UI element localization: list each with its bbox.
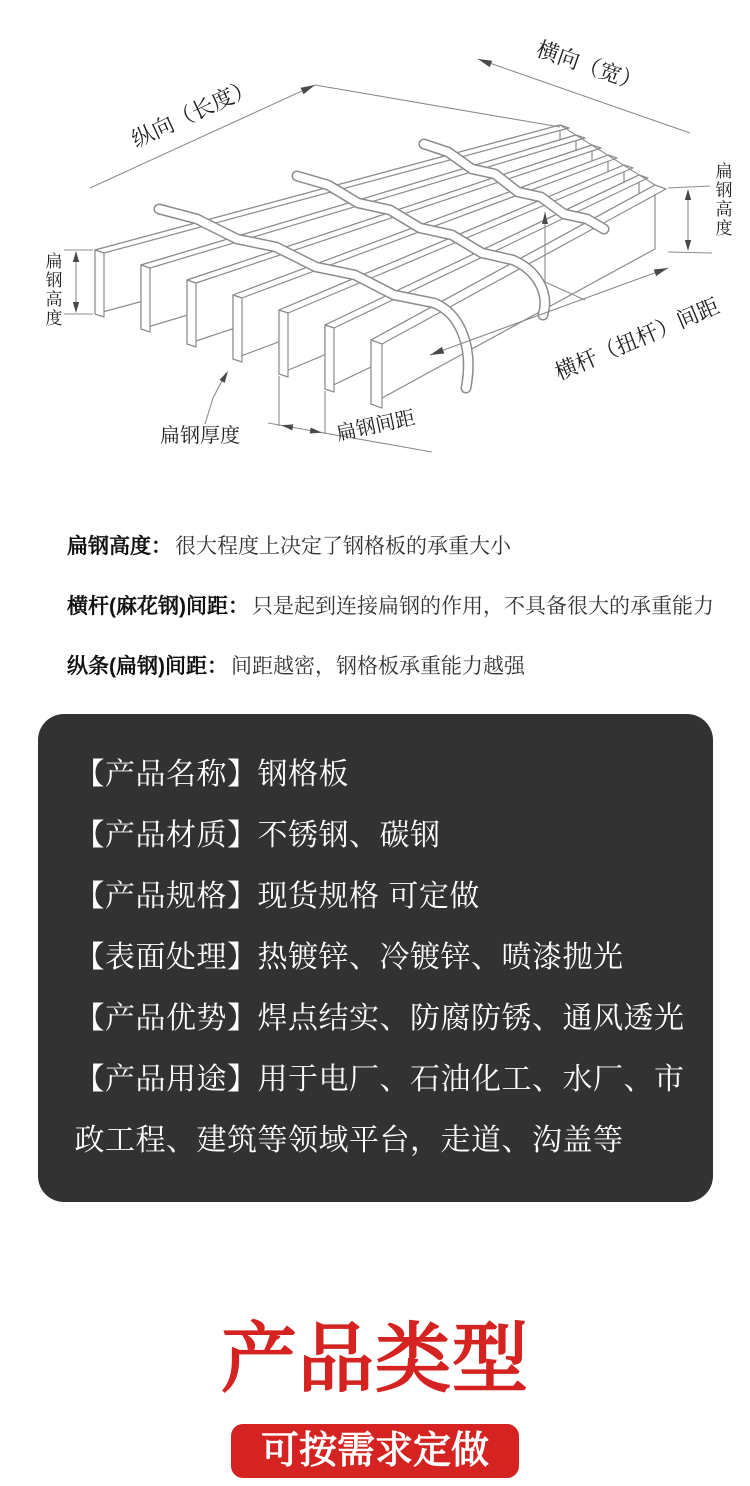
bar-front-face — [233, 295, 242, 362]
bar-front-face — [371, 340, 382, 408]
feature-line: 横杆(麻花钢)间距：只是起到连接扁钢的作用，不具备很大的承重能力 — [67, 594, 750, 620]
flat-steel-height-left-label: 扁钢高度 — [43, 252, 63, 328]
bar-front-face — [279, 310, 288, 377]
info-label: 【产品规格】 — [75, 880, 258, 913]
info-label: 【产品名称】 — [75, 758, 258, 791]
feature-line: 纵条(扁钢)间距：间距越密，钢格板承重能力越强 — [67, 654, 750, 680]
info-label: 【产品优势】 — [75, 1002, 258, 1035]
dim-flat-steel-height-right: 扁钢高度 — [668, 162, 732, 253]
width-label: 横向（宽） — [533, 36, 645, 95]
info-value: 现货规格 可定做 — [258, 880, 480, 913]
feature-label: 横杆(麻花钢)间距： — [67, 595, 249, 618]
product-info-line: 【产品名称】钢格板 — [75, 744, 687, 805]
arrowhead-icon — [685, 240, 691, 251]
dim-flat-steel-height-left: 扁钢高度 — [43, 250, 94, 328]
arrowhead-icon — [281, 424, 293, 430]
customize-badge: 可按需求定做 — [231, 1424, 519, 1478]
info-value: 不锈钢、碳钢 — [258, 819, 441, 852]
product-info-card: 【产品名称】钢格板 【产品材质】不锈钢、碳钢 【产品规格】现货规格 可定做 【表… — [38, 714, 713, 1202]
extension-line — [315, 85, 560, 127]
arrowhead-icon — [73, 251, 79, 262]
crossbar-spacing-label: 横杆（扭杆）间距 — [551, 293, 723, 385]
product-info-line: 【产品用途】用于电厂、石油化工、水厂、市政工程、建筑等领域平台，走道、沟盖等 — [75, 1049, 687, 1171]
arrowhead-icon — [220, 371, 229, 383]
product-info-line: 【表面处理】热镀锌、冷镀锌、喷漆抛光 — [75, 927, 687, 988]
arrowhead-icon — [310, 428, 322, 434]
bar-front-face — [95, 250, 104, 317]
grating-diagram: 纵向（长度） 横向（宽） 扁钢高度 扁钢高度 — [0, 0, 750, 505]
arrowhead-icon — [73, 302, 79, 313]
bar-front-face — [325, 325, 334, 392]
feature-line: 扁钢高度：很大程度上决定了钢格板的承重大小 — [67, 534, 750, 560]
feature-text: 很大程度上决定了钢格板的承重大小 — [175, 535, 511, 558]
feature-label: 扁钢高度： — [67, 535, 172, 558]
feature-text: 间距越密，钢格板承重能力越强 — [231, 655, 525, 678]
info-label: 【产品材质】 — [75, 819, 258, 852]
info-value: 热镀锌、冷镀锌、喷漆抛光 — [258, 941, 624, 974]
arrowhead-icon — [301, 85, 316, 94]
info-value: 焊点结实、防腐防锈、通风透光 — [258, 1002, 685, 1035]
arrowhead-icon — [654, 268, 668, 276]
arrowhead-icon — [478, 59, 492, 67]
flat-steel-thickness-label: 扁钢厚度 — [160, 424, 240, 447]
bar-front-face — [141, 265, 150, 332]
flat-steel-spacing-label: 扁钢间距 — [334, 406, 417, 445]
section-title: 产品类型 — [0, 1322, 750, 1398]
tick — [668, 252, 712, 253]
feature-notes: 扁钢高度：很大程度上决定了钢格板的承重大小 横杆(麻花钢)间距：只是起到连接扁钢… — [67, 534, 750, 680]
customize-badge-label: 可按需求定做 — [261, 1430, 489, 1472]
arrowhead-icon — [685, 189, 691, 200]
product-detail-page: 纵向（长度） 横向（宽） 扁钢高度 扁钢高度 — [0, 0, 750, 1486]
dim-flat-steel-spacing: 扁钢间距 — [268, 376, 432, 452]
info-label: 【产品用途】 — [75, 1063, 258, 1096]
dim-flat-steel-thickness: 扁钢厚度 — [160, 371, 240, 447]
feature-text: 只是起到连接扁钢的作用，不具备很大的承重能力 — [252, 595, 714, 618]
flat-steel-height-right-label: 扁钢高度 — [713, 162, 733, 238]
feature-label: 纵条(扁钢)间距： — [67, 655, 228, 678]
bar-front-face — [187, 280, 196, 347]
info-label: 【表面处理】 — [75, 941, 258, 974]
tick — [668, 186, 710, 188]
info-value: 钢格板 — [258, 758, 350, 791]
product-info-line: 【产品规格】现货规格 可定做 — [75, 866, 687, 927]
product-info-line: 【产品材质】不锈钢、碳钢 — [75, 805, 687, 866]
product-info-line: 【产品优势】焊点结实、防腐防锈、通风透光 — [75, 988, 687, 1049]
